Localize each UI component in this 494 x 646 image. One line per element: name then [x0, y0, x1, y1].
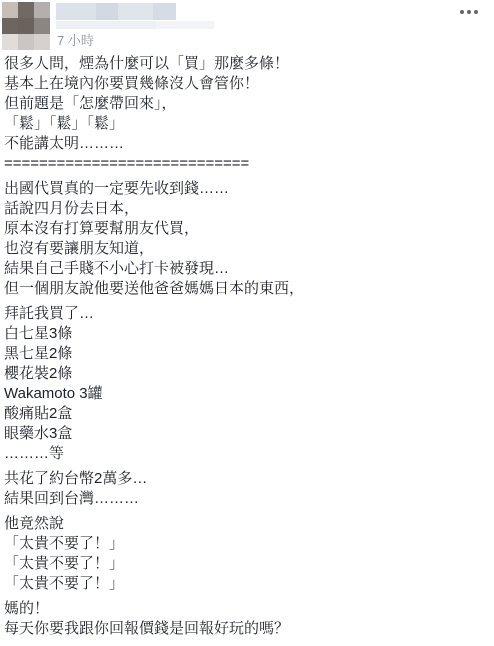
post-line: 媽的！: [4, 599, 494, 619]
avatar-pixel: [34, 18, 50, 34]
avatar-pixel: [18, 34, 34, 50]
avatar[interactable]: [2, 2, 50, 50]
post-line: ============================: [4, 154, 494, 174]
post-line: 每天你要我跟你回報價錢是回報好玩的嗎？: [4, 619, 494, 639]
avatar-pixel: [2, 2, 18, 18]
post-line: 酸痛貼2盒: [4, 404, 494, 424]
post-line: 原本沒有打算要幫朋友代買，: [4, 219, 494, 239]
post-paragraph: 媽的！ 每天你要我跟你回報價錢是回報好玩的嗎？: [4, 599, 494, 639]
avatar-pixel: [2, 18, 18, 34]
avatar-pixel: [34, 34, 50, 50]
avatar-pixel: [34, 2, 50, 18]
post-line: 他竟然說: [4, 514, 494, 534]
post-line: 結果自己手賤不小心打卡被發現…: [4, 259, 494, 279]
name-blur-block: [56, 3, 96, 20]
post-line: 但一個朋友說他要送他爸爸媽媽日本的東西，: [4, 279, 494, 299]
post-line: 黑七星2條: [4, 344, 494, 364]
avatar-pixel: [18, 2, 34, 18]
post-paragraph: 他竟然說 「太貴不要了！」 「太貴不要了！」 「太貴不要了！」: [4, 514, 494, 594]
name-blur-row: [56, 20, 214, 29]
post-line: 很多人問，煙為什麼可以「買」那麼多條！: [4, 54, 494, 74]
timestamp[interactable]: 7 小時: [57, 30, 94, 49]
name-blur-block: [153, 3, 176, 20]
post-header: 7 小時: [0, 0, 494, 52]
post-line: 結果回到台灣………: [4, 489, 494, 509]
post-line: Wakamoto 3罐: [4, 384, 494, 404]
post-line: 「鬆」「鬆」「鬆」: [4, 114, 494, 134]
post-line: 「太貴不要了！」: [4, 554, 494, 574]
post-paragraph: 很多人問，煙為什麼可以「買」那麼多條！ 基本上在境內你要買幾條沒人會管你！ 但前…: [4, 54, 494, 174]
post-line: 「太貴不要了！」: [4, 574, 494, 594]
name-blur-block: [118, 3, 153, 20]
post-line: 拜託我買了…: [4, 304, 494, 324]
avatar-pixel: [18, 18, 34, 34]
post-body: 很多人問，煙為什麼可以「買」那麼多條！ 基本上在境內你要買幾條沒人會管你！ 但前…: [0, 52, 494, 639]
name-blur-row: [56, 3, 214, 20]
post-line: 但前題是「怎麼帶回來」，: [4, 94, 494, 114]
post-paragraph: 共花了約台幣2萬多… 結果回到台灣………: [4, 469, 494, 509]
post-line: 話說四月份去日本，: [4, 199, 494, 219]
post-line: 基本上在境內你要買幾條沒人會管你！: [4, 74, 494, 94]
post-paragraph: 拜託我買了… 白七星3條 黑七星2條 櫻花裝2條 Wakamoto 3罐 酸痛貼…: [4, 304, 494, 464]
redacted-username[interactable]: [56, 3, 214, 29]
post-line: 櫻花裝2條: [4, 364, 494, 384]
name-blur-block: [96, 3, 118, 20]
post-paragraph: 出國代買真的一定要先收到錢…… 話說四月份去日本， 原本沒有打算要幫朋友代買， …: [4, 179, 494, 299]
post-line: 出國代買真的一定要先收到錢……: [4, 179, 494, 199]
name-blur-block: [56, 21, 156, 29]
options-button[interactable]: [458, 6, 480, 18]
ellipsis-icon: [460, 10, 478, 14]
name-blur-block: [156, 21, 214, 29]
post-line: 不能講太明………: [4, 134, 494, 154]
post-line: 共花了約台幣2萬多…: [4, 469, 494, 489]
post-line: 也沒有要讓朋友知道，: [4, 239, 494, 259]
post-line: 白七星3條: [4, 324, 494, 344]
post-line: 「太貴不要了！」: [4, 534, 494, 554]
avatar-pixel: [2, 34, 18, 50]
post-line: ………等: [4, 444, 494, 464]
post-line: 眼藥水3盒: [4, 424, 494, 444]
